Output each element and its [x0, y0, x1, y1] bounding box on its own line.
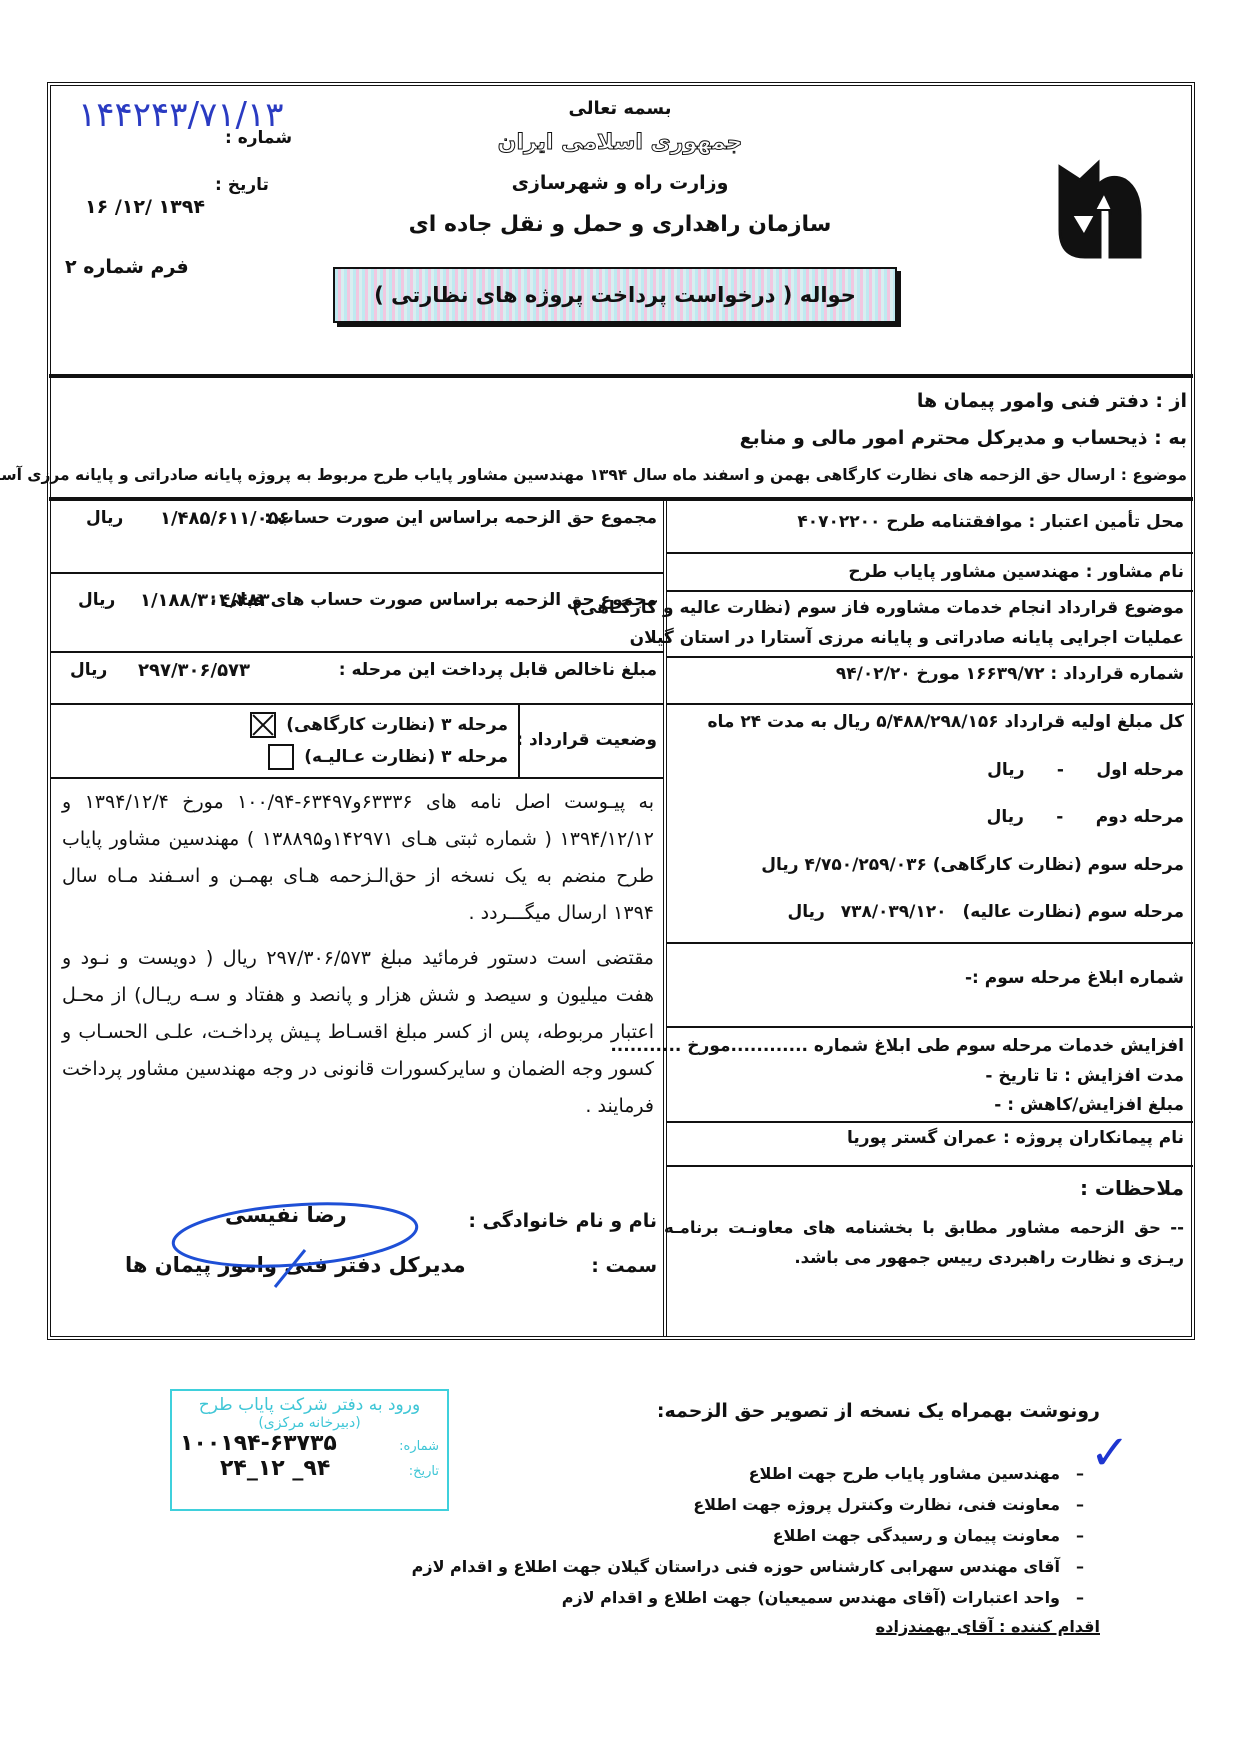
- row-divider: [667, 703, 1193, 705]
- stage-label: مرحله اول: [1096, 760, 1184, 780]
- stage-value: ۴/۷۵۰/۲۵۹/۰۳۶: [804, 855, 926, 875]
- stage-3-site: مرحله سوم (نظارت کارگاهی) ۴/۷۵۰/۲۵۹/۰۳۶ …: [761, 855, 1184, 875]
- position-label: سمت :: [591, 1255, 657, 1277]
- row-divider: [667, 942, 1193, 944]
- status-option-label: مرحله ۳ (نظارت عـالیـه): [304, 747, 508, 767]
- name-label: نام و نام خانوادگی :: [468, 1210, 657, 1232]
- column-divider: [663, 499, 667, 1337]
- stage-label: مرحله سوم (نظارت عالیه): [962, 902, 1184, 922]
- cc-item-text: واحد اعتبارات (آقای مهندس سمیعیان) جهت ا…: [562, 1588, 1060, 1607]
- document-title-text: حواله ( درخواست پرداخت پروژه های نظارتی …: [374, 283, 856, 307]
- contract-subject-line2: عملیات اجرایی پایانه صادراتی و پایانه مر…: [630, 628, 1184, 648]
- initial-contract-amount: کل مبلغ اولیه قرارداد ۵/۴۸۸/۲۹۸/۱۵۶ ریال…: [707, 712, 1184, 732]
- from-line: از : دفتر فنی وامور پیمان ها: [917, 390, 1187, 412]
- stamp-line2: (دبیرخانه مرکزی): [172, 1415, 447, 1431]
- remarks-text: -- حق الزحمه مشاور مطابق با بخشنامه های …: [664, 1213, 1184, 1273]
- stage-unit: ریال: [787, 902, 824, 922]
- row-divider: [51, 651, 663, 653]
- stage3-notice-number: شماره ابلاغ مرحله سوم :-: [965, 968, 1184, 988]
- currency-2: ریال: [78, 590, 115, 610]
- stage-label: مرحله سوم (نظارت کارگاهی): [933, 855, 1184, 875]
- subject-line: موضوع : ارسال حق الزحمه های نظارت کارگاه…: [0, 466, 1187, 484]
- body-paragraph-2: مقتضی است دستور فرمائید مبلغ ۲۹۷/۳۰۶/۵۷۳…: [62, 940, 654, 1125]
- consultant-name: نام مشاور : مهندسین مشاور پایاب طرح: [848, 562, 1184, 582]
- stage-3-high: مرحله سوم (نظارت عالیه) ۷۳۸/۰۳۹/۱۲۰ ریال: [787, 902, 1184, 922]
- row-divider: [667, 1026, 1193, 1028]
- cc-item: –معاونت فنی، نظارت وکنترل پروژه جهت اطلا…: [412, 1489, 1100, 1520]
- increase-amount: مبلغ افزایش/کاهش : -: [994, 1095, 1184, 1115]
- date-label: تاریخ :: [215, 175, 269, 195]
- currency-3: ریال: [70, 660, 107, 680]
- document-title: حواله ( درخواست پرداخت پروژه های نظارتی …: [333, 267, 897, 323]
- stamp-date-value: ۹۴_ ۱۲_۲۴: [220, 1456, 330, 1481]
- cc-item-text: آقای مهندس سهرابی کارشناس حوزه فنی دراست…: [412, 1557, 1060, 1576]
- body-paragraph-1: به پیـوست اصل نامه های ۶۳۳۳۶و۶۳۴۹۷-۱۰۰/۹…: [62, 784, 654, 932]
- increase-services: افزایش خدمات مرحله سوم طی ابلاغ شماره ..…: [610, 1036, 1184, 1056]
- status-option-label: مرحله ۳ (نظارت کارگاهی): [286, 715, 508, 735]
- ministry-name: وزارت راه و شهرسازی: [420, 172, 820, 194]
- contract-number: شماره قرارداد : ۱۶۶۳۹/۷۲ مورخ ۹۴/۰۲/۲۰: [836, 664, 1184, 684]
- stage-value: -: [1030, 760, 1090, 780]
- total-this-invoice-label: مجموع حق الزحمه براساس این صورت حساب :: [264, 508, 657, 528]
- stage-label: مرحله دوم: [1096, 807, 1184, 827]
- to-line: به : ذیحساب و مدیرکل محترم امور مالی و م…: [740, 427, 1187, 449]
- stamp-date-row: تاریخ: ۹۴_ ۱۲_۲۴: [172, 1456, 447, 1481]
- row-divider: [51, 703, 663, 705]
- organization-name: سازمان راهداری و حمل و نقل جاده ای: [380, 212, 860, 237]
- contract-subject-line1: موضوع قرارداد انجام خدمات مشاوره فاز سوم…: [572, 598, 1184, 618]
- stamp-number-value: ۱۰۰۱۹۴-۶۳۷۳۵: [180, 1431, 337, 1456]
- checkbox-unchecked[interactable]: [268, 744, 294, 770]
- cc-item: –واحد اعتبارات (آقای مهندس سمیعیان) جهت …: [412, 1582, 1100, 1613]
- project-contractors: نام پیمانکاران پروژه : عمران گستر پوریا: [847, 1128, 1184, 1148]
- stage-2: مرحله دوم - ریال: [987, 807, 1184, 827]
- row-divider: [667, 590, 1193, 592]
- cc-item-text: معاونت پیمان و رسیدگی جهت اطلاع: [773, 1526, 1060, 1545]
- currency-1: ریال: [86, 508, 123, 528]
- subject-divider: [49, 497, 1193, 501]
- row-divider: [667, 1165, 1193, 1167]
- form-number: فرم شماره ۲: [65, 256, 189, 278]
- cc-heading: رونوشت بهمراه یک نسخه از تصویر حق الزحمه…: [657, 1400, 1100, 1422]
- row-divider: [51, 777, 663, 779]
- signature-scribble-icon: [155, 1195, 425, 1290]
- cc-item: –معاونت پیمان و رسیدگی جهت اطلاع: [412, 1520, 1100, 1551]
- handled-by: اقدام کننده : آقای بهمندزاده: [876, 1617, 1100, 1636]
- status-option-high-supervision[interactable]: مرحله ۳ (نظارت عـالیـه): [268, 744, 508, 770]
- cc-item-text: مهندسین مشاور پایاب طرح جهت اطلاع: [749, 1464, 1060, 1483]
- stamp-number-label: شماره:: [399, 1439, 439, 1454]
- bismillah: بسمه تعالی: [470, 98, 770, 119]
- stage-value: -: [1030, 807, 1090, 827]
- republic-title: جمهوری اسلامی ایران: [420, 130, 820, 155]
- header-divider: [49, 374, 1193, 378]
- gross-payable-value: ۲۹۷/۳۰۶/۵۷۳: [138, 660, 250, 681]
- cc-list: –مهندسین مشاور پایاب طرح جهت اطلاع –معاو…: [412, 1458, 1100, 1613]
- funding-source: محل تأمین اعتبار : موافقتنامه طرح ۴۰۷۰۲۲…: [797, 512, 1184, 532]
- remarks-label: ملاحظات :: [1080, 1176, 1184, 1200]
- number-value: ۱۴۴۲۴۳/۷۱/۱۳: [78, 95, 284, 135]
- stamp-number-row: شماره: ۱۰۰۱۹۴-۶۳۷۳۵: [172, 1431, 447, 1456]
- stage-1: مرحله اول - ریال: [987, 760, 1184, 780]
- cc-item: –مهندسین مشاور پایاب طرح جهت اطلاع: [412, 1458, 1100, 1489]
- stamp-line1: ورود به دفتر شرکت پایاب طرح: [172, 1395, 447, 1415]
- total-previous-value: ۱/۱۸۸/۳۰۴/۴۸۳: [140, 590, 270, 611]
- stage-value: ۷۳۸/۰۳۹/۱۲۰: [841, 902, 947, 922]
- checkbox-checked[interactable]: [250, 712, 276, 738]
- stage-unit: ریال: [987, 760, 1024, 780]
- cc-item-text: معاونت فنی، نظارت وکنترل پروژه جهت اطلاع: [693, 1495, 1060, 1514]
- stage-unit: ریال: [761, 855, 798, 875]
- row-divider: [667, 552, 1193, 554]
- received-stamp: ورود به دفتر شرکت پایاب طرح (دبیرخانه مر…: [170, 1389, 449, 1511]
- row-divider: [667, 1121, 1193, 1123]
- stage-unit: ریال: [987, 807, 1024, 827]
- increase-duration: مدت افزایش : تا تاریخ -: [985, 1066, 1184, 1086]
- contract-status-label: وضعیت قرارداد :: [516, 730, 657, 750]
- gross-payable-label: مبلغ ناخالص قابل پرداخت این مرحله :: [339, 660, 657, 680]
- status-option-site-supervision[interactable]: مرحله ۳ (نظارت کارگاهی): [250, 712, 508, 738]
- row-divider: [51, 572, 663, 574]
- date-value: ۱۳۹۴ /۱۲/ ۱۶: [85, 196, 205, 218]
- row-divider: [667, 656, 1193, 658]
- total-this-invoice-value: ۱/۴۸۵/۶۱۱/۰۵۶: [160, 508, 290, 529]
- cc-item: –آقای مهندس سهرابی کارشناس حوزه فنی دراس…: [412, 1551, 1100, 1582]
- rmto-logo-icon: [1050, 155, 1145, 265]
